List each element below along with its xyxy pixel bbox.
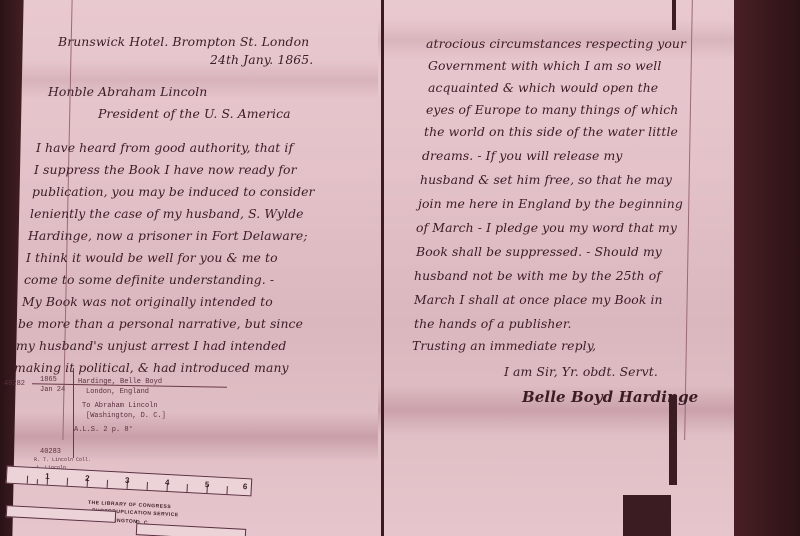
slip-recipient: To Abraham Lincoln [82,402,158,410]
body-line: Hardinge, now a prisoner in Fort Delawar… [28,228,308,243]
body-line: Trusting an immediate reply, [412,338,596,353]
side-number: 40282 [4,380,25,388]
body-line: my husband's unjust arrest I had intende… [16,338,286,353]
body-line: the world on this side of the water litt… [424,124,678,139]
document-photo: Brunswick Hotel. Brompton St. London 24t… [0,0,800,536]
margin-line [684,0,693,440]
salutation-title: President of the U. S. America [98,106,291,121]
body-line: Book shall be suppressed. - Should my [416,244,662,259]
slip-author: Hardinge, Belle Boyd [78,378,162,386]
body-line: the hands of a publisher. [414,316,572,331]
slip-date: Jan 24 [40,386,65,394]
background-right [730,0,800,536]
letter-address: Brunswick Hotel. Brompton St. London [58,34,309,49]
body-line: Government with which I am so well [428,58,661,73]
slip-column-line [73,368,74,458]
slip-extent: A.L.S. 2 p. 8° [74,426,133,434]
body-line: of March - I pledge you my word that my [416,220,677,235]
body-line: come to some definite understanding. - [24,272,274,287]
body-line: acquainted & which would open the [428,80,658,95]
body-line: be more than a personal narrative, but s… [18,316,303,331]
body-line: leniently the case of my husband, S. Wyl… [30,206,304,221]
body-line: My Book was not originally intended to [22,294,273,309]
slip-place: London, England [86,388,149,396]
body-line: March I shall at once place my Book in [414,292,663,307]
body-line: eyes of Europe to many things of which [426,102,678,117]
archival-mark [623,495,671,536]
body-line: I have heard from good authority, that i… [36,140,293,155]
ruler-number: 2 [85,474,90,483]
fold-shadow [14,412,381,462]
signature: Belle Boyd Hardinge [522,388,698,406]
ruler-number: 6 [243,482,248,491]
slip-year: 1865 [40,376,57,384]
salutation-name: Honble Abraham Lincoln [48,84,207,99]
body-line: publication, you may be induced to consi… [32,184,315,199]
body-line: husband & set him free, so that he may [420,172,672,187]
closing: I am Sir, Yr. obdt. Servt. [504,364,658,379]
archival-mark [669,395,677,485]
letter-page-1 [12,0,389,536]
body-line: I think it would be well for you & me to [26,250,278,265]
body-line: join me here in England by the beginning [418,196,683,211]
slip-stamp: 40283 [40,448,61,456]
body-line: husband not be with me by the 25th of [414,268,661,283]
body-line: atrocious circumstances respecting your [426,36,686,51]
ruler-number: 3 [125,476,130,485]
archival-mark [672,0,676,30]
page-divider-line [381,0,384,536]
ruler-number: 5 [205,480,210,489]
slip-recipient-place: [Washington, D. C.] [86,412,166,420]
letter-date: 24th Jany. 1865. [210,52,313,67]
slip-stamp: R. T. Lincoln Coll. [34,457,91,463]
ruler-number: 4 [165,478,170,487]
body-line: making it political, & had introduced ma… [14,360,289,375]
body-line: I suppress the Book I have now ready for [34,162,297,177]
ruler-number: 1 [45,472,50,481]
body-line: dreams. - If you will release my [422,148,622,163]
